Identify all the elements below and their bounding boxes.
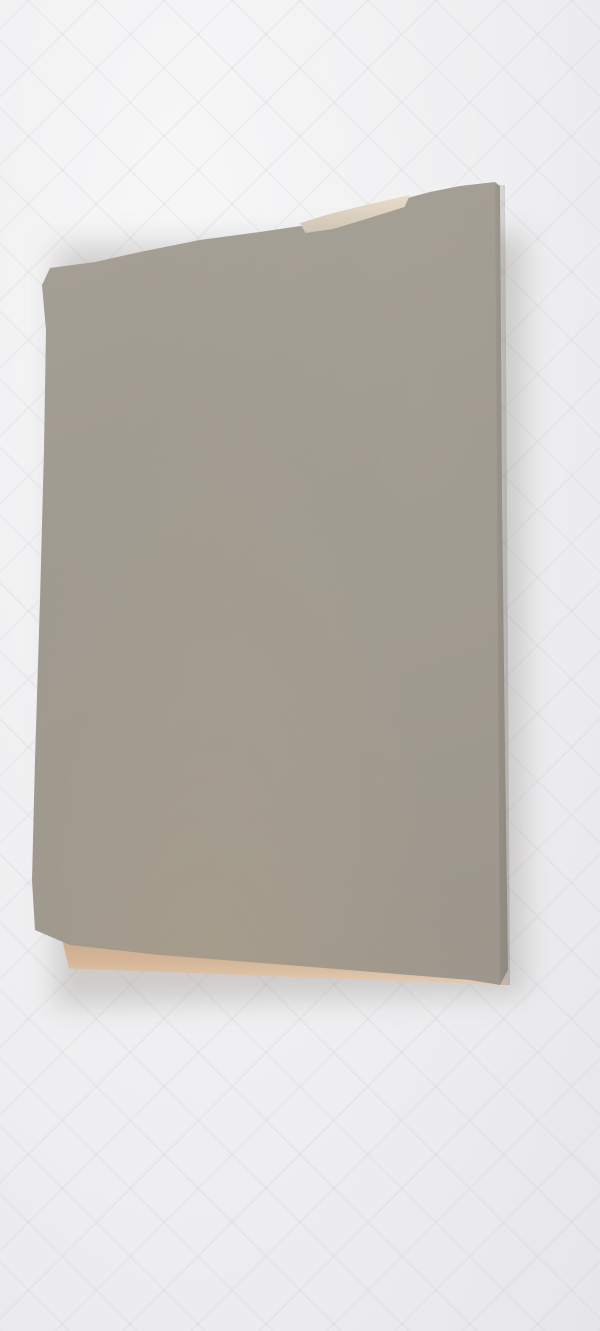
- photo-scene: Book with plain gray paper cover, torn t…: [0, 0, 600, 1331]
